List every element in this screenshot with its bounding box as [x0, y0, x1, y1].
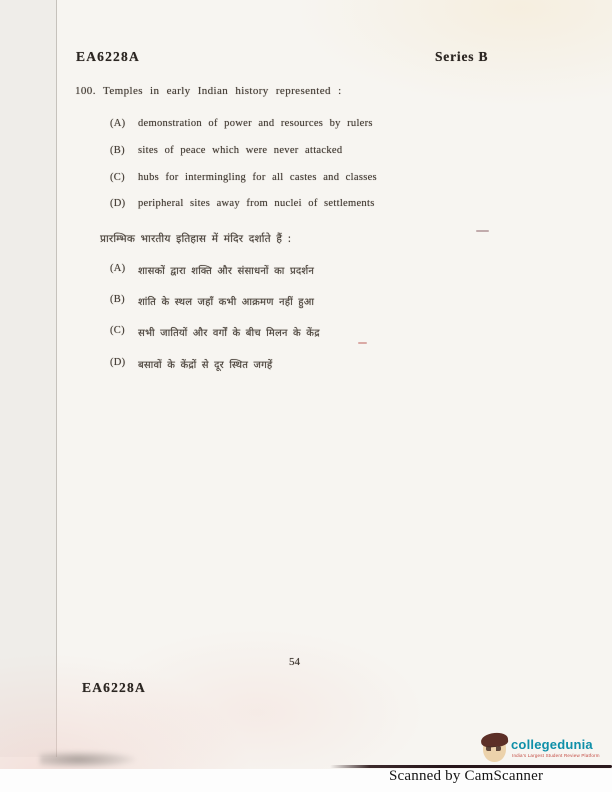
option-label: (B) [110, 294, 125, 305]
option-text: सभी जातियों और वर्गों के बीच मिलन के कें… [138, 325, 320, 339]
scan-artifact-dash [358, 342, 367, 344]
collegedunia-wordmark: collegedunia [511, 737, 593, 752]
collegedunia-tagline: India's Largest Student Review Platform [512, 753, 600, 758]
option-label: (D) [110, 198, 125, 209]
option-label: (A) [110, 118, 125, 129]
option-text: शासकों द्वारा शक्ति और संसाधनों का प्रदर… [138, 263, 314, 277]
question-number: 100. [75, 85, 96, 97]
option-text: demonstration of power and resources by … [138, 118, 373, 129]
paper-code-header: EA6228A [76, 49, 140, 65]
option-text: बसावों के केंद्रों से दूर स्थित जगहें [138, 357, 272, 371]
page-corner-shadow [40, 751, 135, 768]
option-label: (C) [110, 325, 125, 336]
question-text-en: Temples in early Indian history represen… [103, 85, 342, 97]
scan-artifact-dash [476, 230, 489, 232]
collegedunia-logo: collegedunia India's Largest Student Rev… [483, 735, 609, 766]
collegedunia-mascot-icon [483, 736, 506, 762]
series-label: Series B [435, 49, 488, 65]
option-label: (B) [110, 145, 125, 156]
question-text-hi: प्रारम्भिक भारतीय इतिहास में मंदिर दर्शा… [100, 232, 291, 246]
question-text-hi-label: प्रारम्भिक भारतीय इतिहास में मंदिर दर्शा… [100, 233, 291, 245]
scan-left-margin [0, 0, 57, 757]
option-label: (C) [110, 172, 125, 183]
option-text: sites of peace which were never attacked [138, 145, 342, 156]
option-label: (A) [110, 263, 125, 274]
option-text: hubs for intermingling for all castes an… [138, 172, 377, 183]
option-label: (D) [110, 357, 125, 368]
scanned-exam-page: EA6228A Series B 100. Temples in early I… [0, 0, 612, 792]
page-number: 54 [289, 656, 300, 668]
camscanner-credit: Scanned by CamScanner [389, 768, 543, 785]
option-text: शांति के स्थल जहाँ कभी आक्रमण नहीं हुआ [138, 294, 314, 308]
option-text: peripheral sites away from nuclei of set… [138, 198, 375, 209]
paper-code-footer: EA6228A [82, 680, 146, 696]
